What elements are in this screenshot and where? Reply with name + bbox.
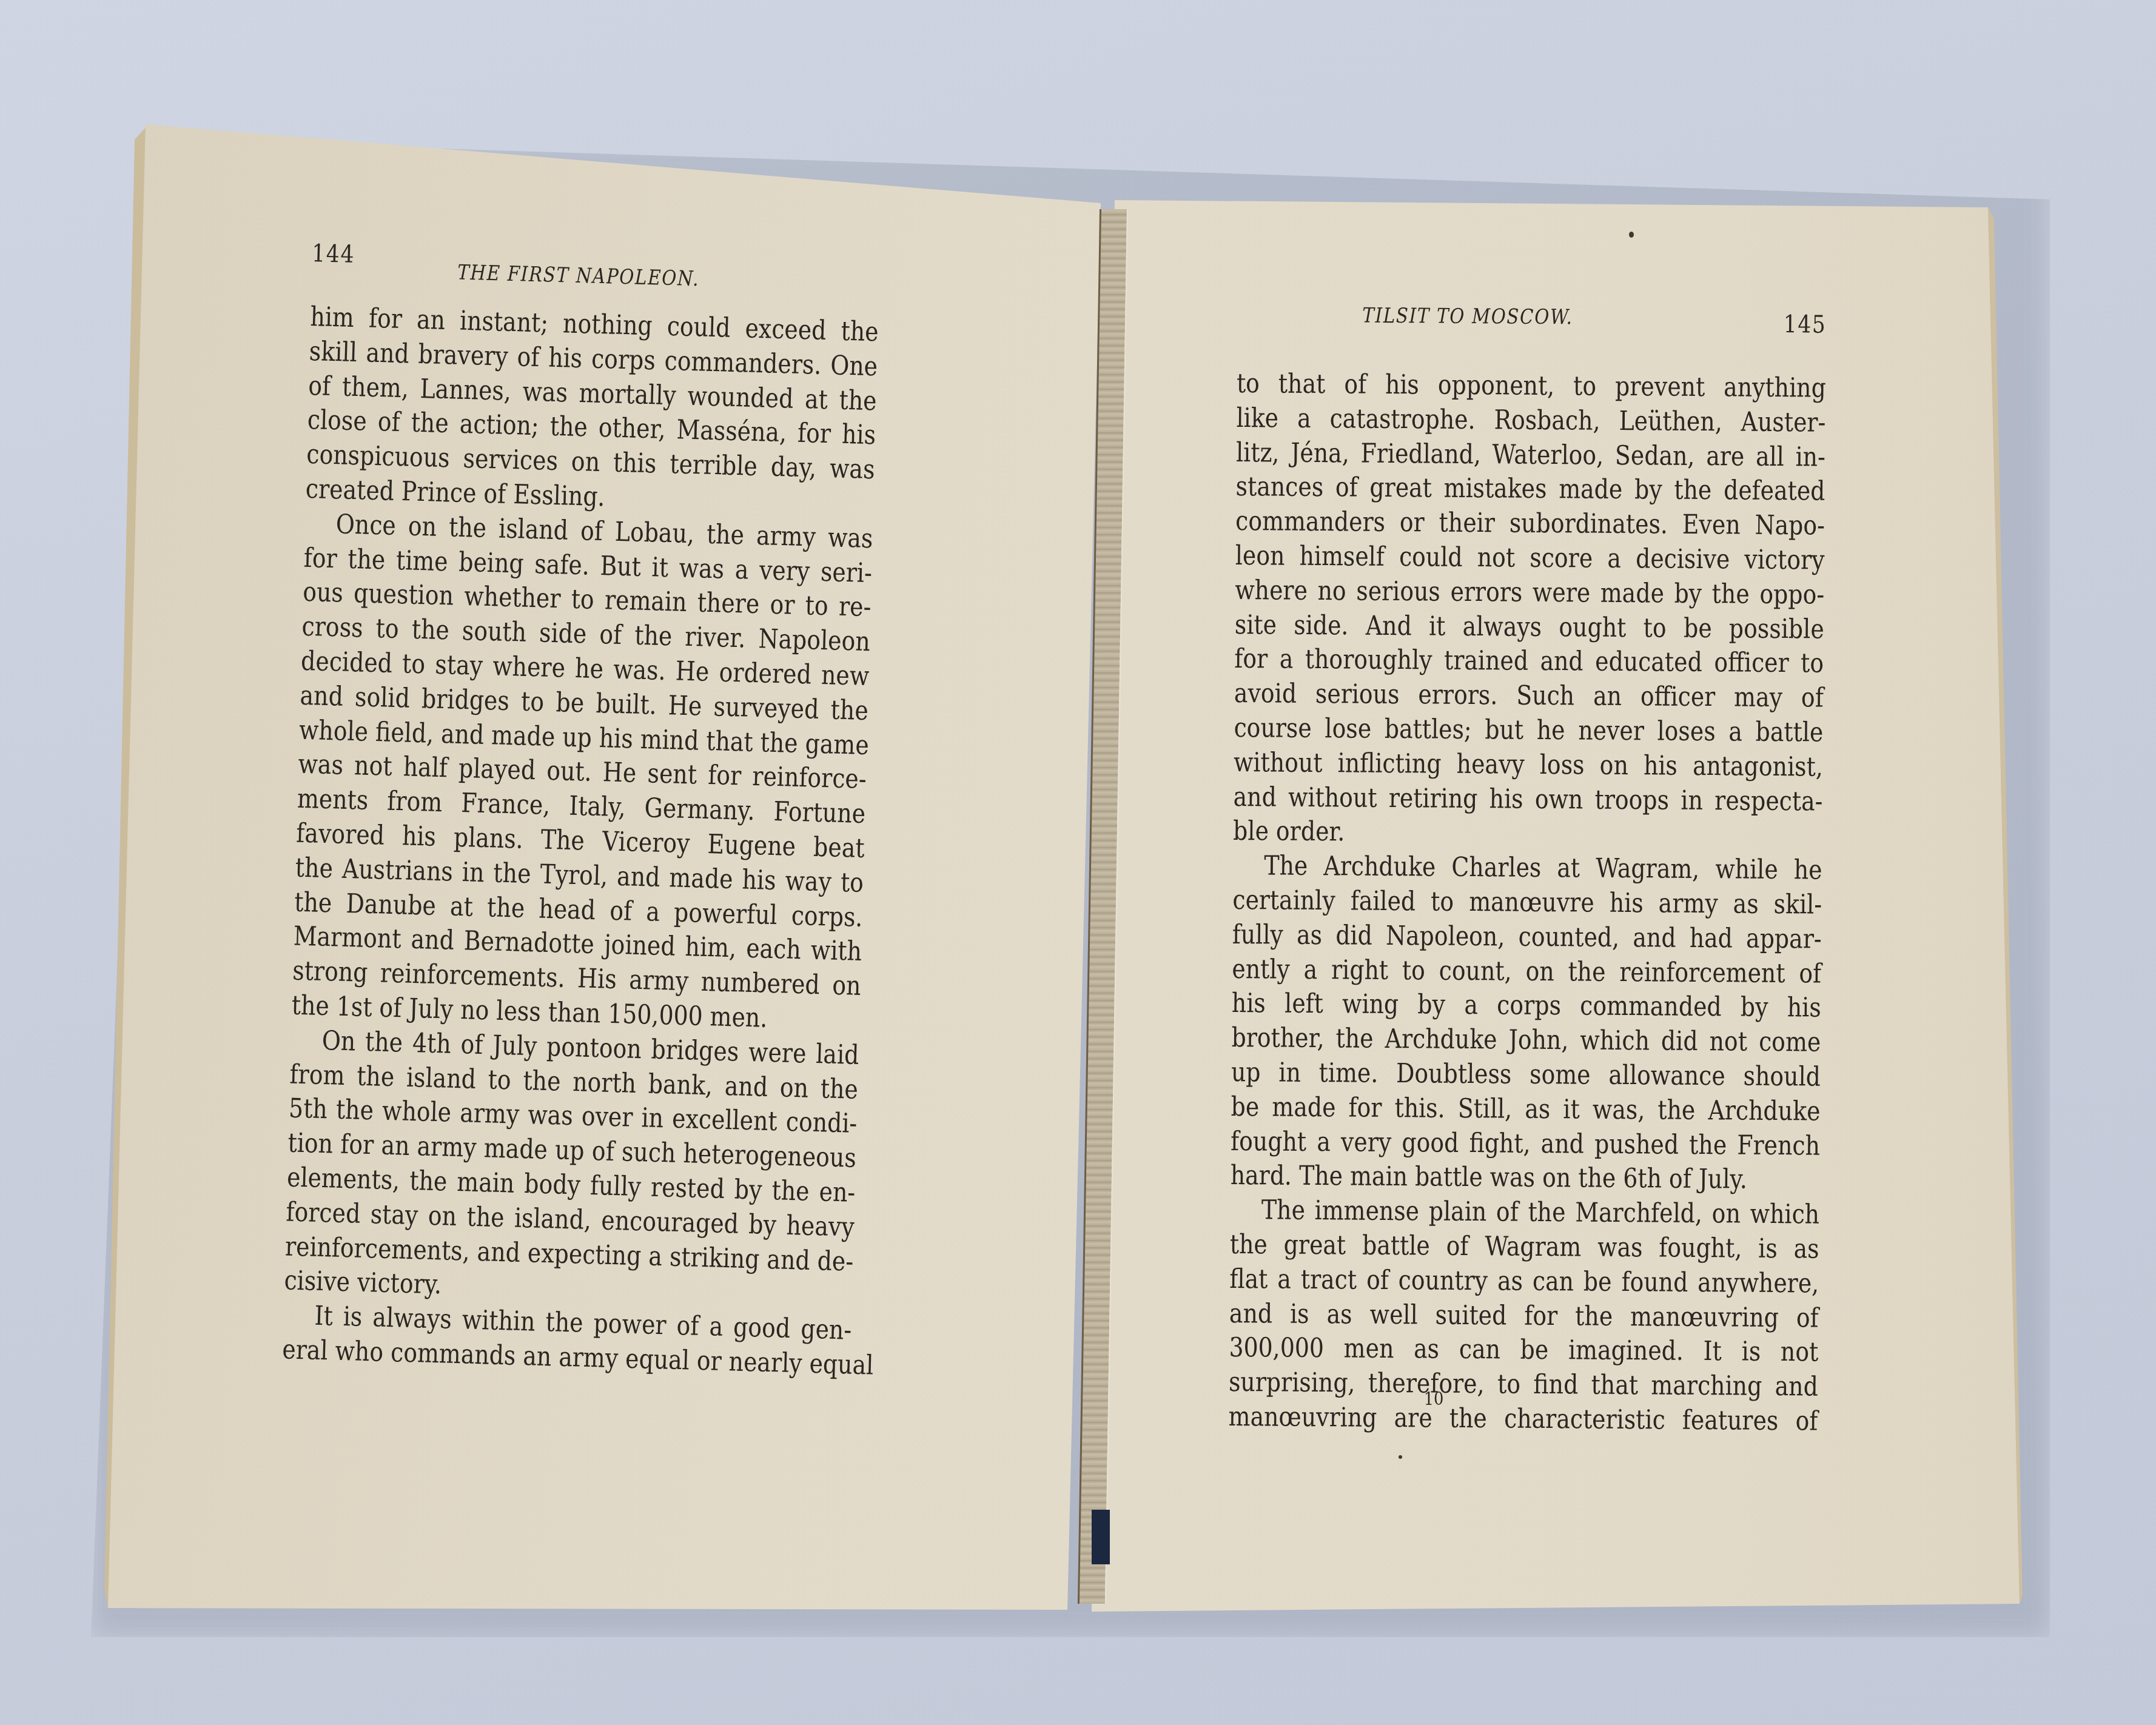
text-line: flat a tract of country as can be found … (1229, 1262, 1819, 1301)
left-page-text: 144 THE FIRST NAPOLEON. him for an insta… (282, 239, 881, 1382)
text-line: brother, the Archduke John, which did no… (1231, 1021, 1821, 1060)
text-line: his left wing by a corps commanded by hi… (1232, 986, 1821, 1025)
text-line: ble order. (1233, 814, 1822, 853)
spine-cloth-binding (1092, 1510, 1110, 1564)
right-running-head: TILSIT TO MOSCOW. 145 (1237, 306, 1827, 372)
right-page-number: 145 (1784, 310, 1827, 339)
text-line: site side. And it always ought to be pos… (1235, 608, 1824, 647)
text-line: fought a very good fight, and pushed the… (1231, 1124, 1820, 1163)
text-line: up in time. Doubtless some allowance sho… (1231, 1056, 1821, 1094)
text-line: ently a right to count, on the reinforce… (1232, 953, 1821, 991)
left-body-text: him for an instant; nothing could exceed… (282, 300, 879, 1382)
text-line: leon himself could not score a decisive … (1235, 539, 1825, 578)
left-running-title: THE FIRST NAPOLEON. (457, 261, 700, 292)
text-line: litz, Jéna, Friedland, Waterloo, Sedan, … (1236, 436, 1825, 475)
text-line: The immense plain of the Marchfeld, on w… (1230, 1193, 1819, 1232)
right-body-text: to that of his opponent, to prevent anyt… (1228, 367, 1826, 1439)
text-line: to that of his opponent, to prevent anyt… (1237, 367, 1826, 406)
text-line: be made for this. Still, as it was, the … (1231, 1090, 1820, 1129)
text-line: stances of great mistakes made by the de… (1235, 470, 1825, 509)
paper-speck (1629, 232, 1634, 238)
text-line: 300,000 men as can be imagined. It is no… (1229, 1331, 1818, 1370)
text-line: like a catastrophe. Rosbach, Leüthen, Au… (1236, 401, 1825, 440)
text-line: course lose battles; but he never loses … (1234, 711, 1823, 750)
left-page-number: 144 (312, 239, 355, 269)
text-line: the great battle of Wagram was fought, i… (1230, 1228, 1819, 1267)
text-line: certainly failed to manœuvre his army as… (1232, 883, 1822, 922)
right-running-title: TILSIT TO MOSCOW. (1362, 304, 1573, 330)
text-line: avoid serious errors. Such an officer ma… (1234, 677, 1824, 715)
text-line: and without retiring his own troops in r… (1233, 780, 1822, 819)
text-line: The Archduke Charles at Wagram, while he (1233, 849, 1822, 888)
signature-mark: 10 (1424, 1388, 1444, 1410)
text-line: fully as did Napoleon, counted, and had … (1232, 918, 1822, 957)
right-page-text: TILSIT TO MOSCOW. 145 to that of his opp… (1228, 306, 1826, 1439)
text-line: surprising, therefore, to find that marc… (1229, 1365, 1818, 1404)
text-line: commanders or their subordinates. Even N… (1235, 504, 1825, 543)
text-line: and is as well suited for the manœuvring… (1229, 1296, 1819, 1335)
paper-speck (1399, 1455, 1402, 1459)
text-line: where no serious errors were made by the… (1235, 574, 1824, 612)
text-line: hard. The main battle was on the 6th of … (1231, 1159, 1820, 1197)
text-line: for a thoroughly trained and educated of… (1234, 642, 1824, 681)
text-line: manœuvring are the characteristic featur… (1228, 1400, 1818, 1439)
text-line: without inflicting heavy loss on his ant… (1234, 746, 1823, 785)
